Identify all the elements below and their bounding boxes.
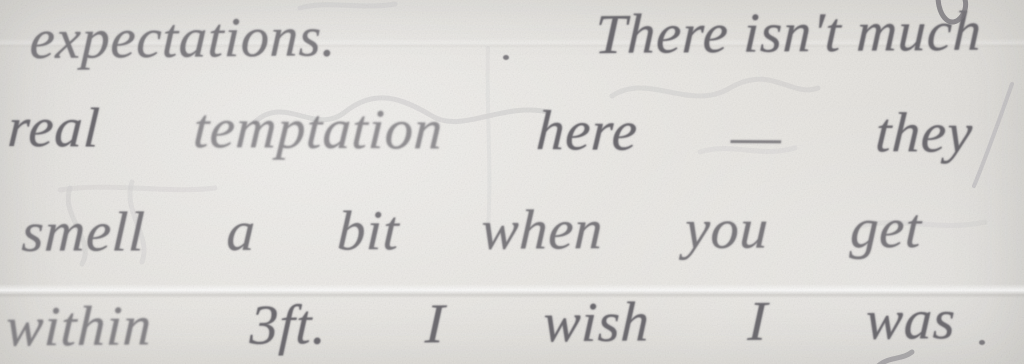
handwritten-word: was <box>865 292 958 349</box>
handwritten-word: get <box>849 201 923 257</box>
handwritten-word: There isn't much <box>594 4 983 63</box>
letter-paper: expectations. There isn't much real temp… <box>0 0 1024 364</box>
handwritten-word: within <box>5 299 154 356</box>
handwritten-word: wish <box>542 295 651 352</box>
handwritten-word: when <box>480 202 605 259</box>
pencil-dot <box>503 55 509 60</box>
handwritten-word: expectations. <box>29 9 338 68</box>
handwritten-word: you <box>684 202 771 258</box>
handwriting-line-2: real temptation here — they <box>6 100 974 162</box>
handwriting-line-3: smell a bit when you get <box>21 201 924 261</box>
handwritten-word: a <box>226 204 258 260</box>
handwritten-word: 3ft. <box>249 297 329 354</box>
handwritten-word: real <box>6 100 101 157</box>
handwritten-dash: — <box>730 108 784 164</box>
handwriting-line-4: within 3ft. I wish I was <box>5 292 957 355</box>
pencil-dot <box>979 340 985 345</box>
handwritten-word: they <box>874 105 975 162</box>
handwritten-word: I <box>424 296 446 352</box>
handwritten-word: bit <box>336 203 401 259</box>
handwritten-word: here <box>535 103 640 160</box>
handwritten-word: smell <box>21 204 147 261</box>
handwritten-word: temptation <box>192 101 445 159</box>
handwritten-word: I <box>747 294 769 350</box>
faint-stroke-right-edge-icon <box>974 84 1012 186</box>
next-line-stroke-bottom-edge-icon <box>878 352 912 364</box>
